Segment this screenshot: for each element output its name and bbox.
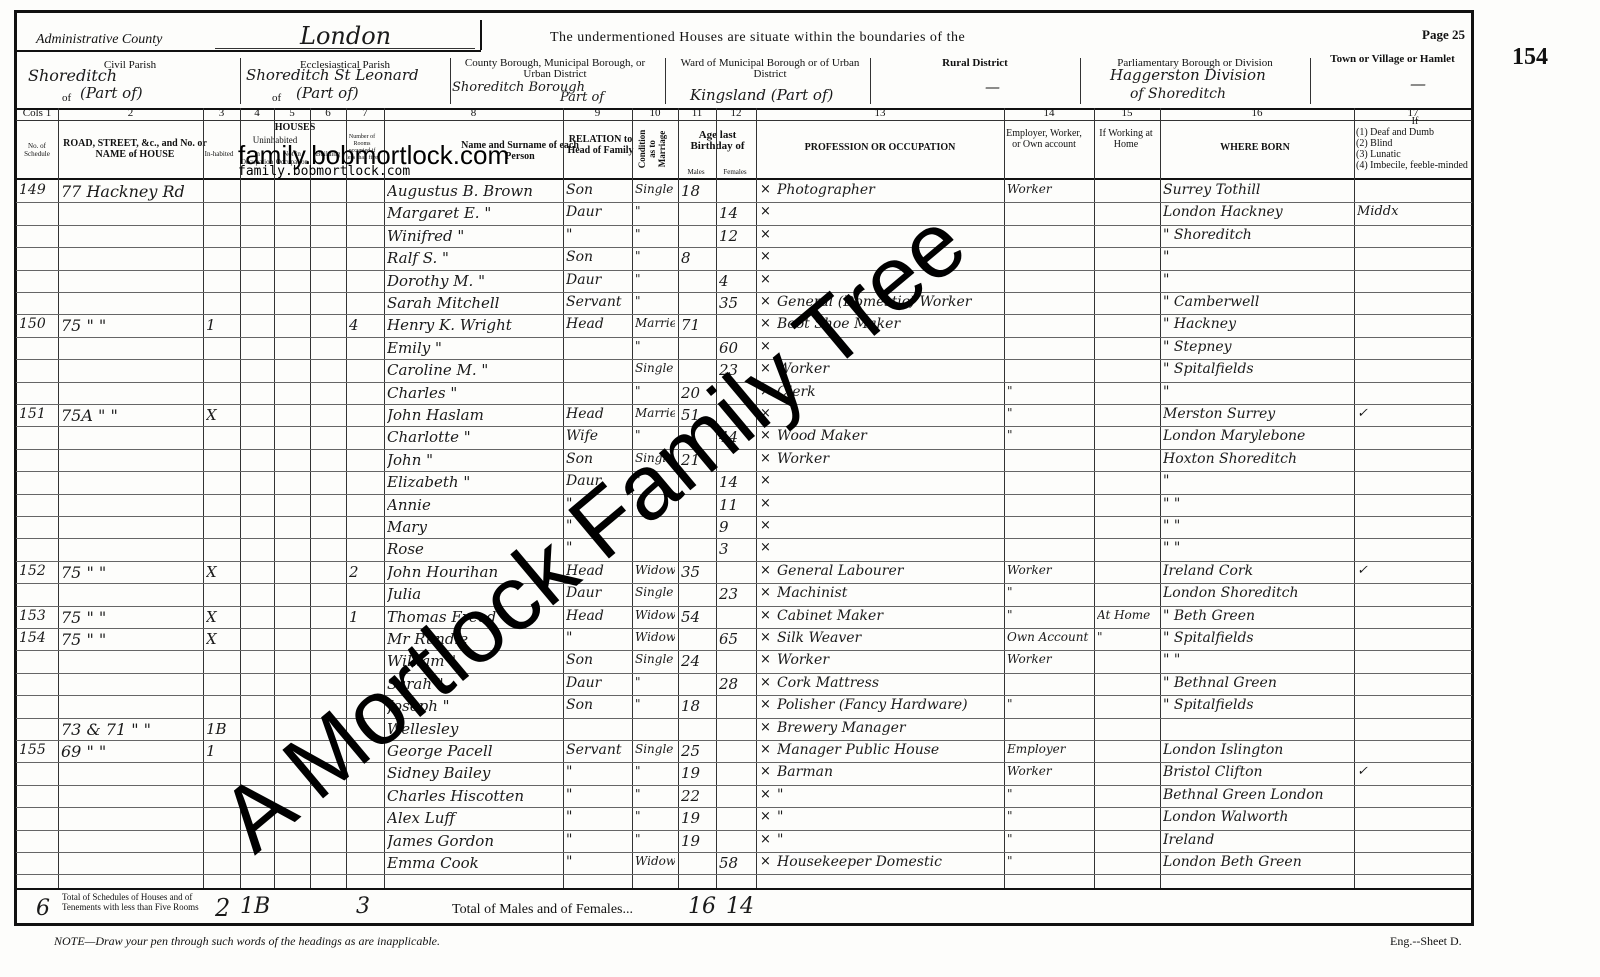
cell-born: Ireland <box>1163 832 1351 848</box>
cell-relation: Daur <box>566 204 629 220</box>
cell-female: 3 <box>719 540 753 558</box>
cell-born: " Spitalfields <box>1163 697 1351 713</box>
tick-mark-icon: × <box>760 227 771 242</box>
cell-schedule: 150 <box>19 316 55 332</box>
cell-condition: Single <box>635 182 675 196</box>
cell-address: 69 " " <box>61 742 200 761</box>
row-divider <box>16 628 1472 629</box>
cell-born: " " <box>1163 540 1351 556</box>
cell-relation: " <box>566 832 629 848</box>
cell-female: 4 <box>719 272 753 290</box>
cell-rooms: 4 <box>349 316 381 334</box>
cell-condition: Widow <box>635 630 675 644</box>
cell-name: John Haslam <box>387 406 560 424</box>
cell-born: Bristol Clifton <box>1163 764 1351 780</box>
cell-born: Bethnal Green London <box>1163 787 1351 803</box>
of-label: of <box>272 92 281 104</box>
col-relation-label: RELATION to Head of Family <box>563 134 638 156</box>
cell-relation: Head <box>566 316 629 332</box>
tick-mark-icon: × <box>760 294 771 309</box>
cell-occupation: Polisher (Fancy Hardware) <box>777 697 1001 713</box>
cell-born: " <box>1163 249 1351 265</box>
cell-condition: " <box>635 764 675 778</box>
column-number: Cols 1 <box>16 107 58 119</box>
cell-condition: " <box>635 249 675 263</box>
cell-relation: " <box>566 787 629 803</box>
cell-name: Henry K. Wright <box>387 316 560 334</box>
col-age-label: Age last Birthday of <box>680 130 755 152</box>
cell-name: Caroline M. " <box>387 361 560 379</box>
col-condition-label: Condition as to Marriage <box>637 129 667 169</box>
cell-condition: " <box>635 272 675 286</box>
cell-occupation: Wood Maker <box>777 428 1001 444</box>
cell-schedule: 151 <box>19 406 55 422</box>
cell-condition: " <box>635 339 675 353</box>
cell-male: 24 <box>681 652 713 670</box>
tick-mark-icon: × <box>760 720 771 735</box>
cell-occupation: " <box>777 809 1001 825</box>
cell-occupation: Photographer <box>777 182 1001 198</box>
cell-born: " Camberwell <box>1163 294 1351 310</box>
cell-occupation: General Labourer <box>777 563 1001 579</box>
tick-mark-icon: × <box>760 496 771 511</box>
cell-name: Sarah Mitchell <box>387 294 560 312</box>
cell-infirm: ✓ <box>1357 563 1469 578</box>
cell-name: Elizabeth " <box>387 473 560 491</box>
cell-male: 18 <box>681 697 713 715</box>
cell-occupation: Worker <box>777 451 1001 467</box>
column-number: 14 <box>1004 107 1094 119</box>
cell-name: Ralf S. " <box>387 249 560 267</box>
schedules-total: 6 <box>36 896 50 921</box>
civil-parish-value: Shoreditch <box>28 66 117 85</box>
tick-mark-icon: × <box>760 697 771 712</box>
town-village-value: — <box>1410 74 1426 93</box>
col-employer-label: Employer, Worker, or Own account <box>1004 128 1084 150</box>
cell-male: 54 <box>681 608 713 626</box>
infirmity-2: (2) Blind <box>1356 138 1474 149</box>
cell-name: Charles " <box>387 384 560 402</box>
cell-schedule: 149 <box>19 182 55 198</box>
column-number: 6 <box>310 107 346 119</box>
cell-address: 77 Hackney Rd <box>61 182 200 201</box>
cell-relation: Daur <box>566 675 629 691</box>
cell-born: Surrey Tothill <box>1163 182 1351 198</box>
cell-employer: " <box>1007 832 1091 846</box>
row-divider <box>16 606 1472 607</box>
cell-condition: Single <box>635 742 675 756</box>
cell-born: Hoxton Shoreditch <box>1163 451 1351 467</box>
cell-infirm: ✓ <box>1357 406 1469 421</box>
cell-born: Merston Surrey <box>1163 406 1351 422</box>
column-number: 3 <box>203 107 240 119</box>
row-divider <box>16 494 1472 495</box>
cell-born: " Spitalfields <box>1163 361 1351 377</box>
tick-mark-icon: × <box>760 585 771 600</box>
col-houses-label: HOUSES <box>240 122 350 133</box>
cell-employer: " <box>1007 384 1091 398</box>
cell-relation: Son <box>566 652 629 668</box>
column-number: 7 <box>346 107 384 119</box>
row-divider <box>16 695 1472 696</box>
cell-name: John " <box>387 451 560 469</box>
cell-occupation: " <box>777 832 1001 848</box>
cell-schedule: 153 <box>19 608 55 624</box>
row-divider <box>16 247 1472 248</box>
tick-mark-icon: × <box>760 540 771 555</box>
cell-female: 14 <box>719 204 753 222</box>
cell-occupation: Manager Public House <box>777 742 1001 758</box>
cell-name: Annie <box>387 496 560 514</box>
cell-employer: " <box>1007 854 1091 868</box>
cell-female: 35 <box>719 294 753 312</box>
cell-born: London Marylebone <box>1163 428 1351 444</box>
tick-mark-icon: × <box>760 809 771 824</box>
cell-relation: " <box>566 764 629 780</box>
cell-male: 18 <box>681 182 713 200</box>
rooms-total: 3 <box>356 894 370 919</box>
col-at-home-label: If Working at Home <box>1096 128 1156 150</box>
cell-name: Emily " <box>387 339 560 357</box>
cell-female: 9 <box>719 518 753 536</box>
cell-occupation: Cork Mattress <box>777 675 1001 691</box>
cell-born: London Shoreditch <box>1163 585 1351 601</box>
cell-female: 28 <box>719 675 753 693</box>
cell-inhab: X <box>206 608 237 626</box>
cell-relation: " <box>566 809 629 825</box>
row-divider <box>16 852 1472 853</box>
cell-condition: " <box>635 697 675 711</box>
cell-female: 11 <box>719 496 753 514</box>
cell-born: " <box>1163 272 1351 288</box>
cell-female: 58 <box>719 854 753 872</box>
cell-relation: Head <box>566 406 629 422</box>
infirmity-3: (3) Lunatic <box>1356 149 1474 160</box>
cell-rooms: 2 <box>349 563 381 581</box>
cell-relation: " <box>566 630 629 646</box>
cell-employer: Worker <box>1007 764 1091 778</box>
cell-occupation: Housekeeper Domestic <box>777 854 1001 870</box>
cell-male: 25 <box>681 742 713 760</box>
tick-mark-icon: × <box>760 630 771 645</box>
column-number: 15 <box>1094 107 1160 119</box>
females-total: 14 <box>726 894 754 919</box>
houses-inhabited-total: 2 <box>215 894 230 922</box>
row-divider <box>16 314 1472 315</box>
column-number: 12 <box>716 107 756 119</box>
col-road-label: ROAD, STREET, &c., and No. or NAME of HO… <box>60 138 210 160</box>
rural-district-value: — <box>985 78 1000 96</box>
cell-employer: " <box>1007 608 1091 622</box>
cell-home: At Home <box>1097 608 1157 622</box>
cell-employer: " <box>1007 585 1091 599</box>
rural-district-label: Rural District <box>880 58 1070 69</box>
col-schedule-label: No. of Schedule <box>18 142 56 158</box>
cell-schedule: 155 <box>19 742 55 758</box>
cell-inhab: 1 <box>206 316 237 334</box>
tick-mark-icon: × <box>760 608 771 623</box>
cell-inhab: X <box>206 563 237 581</box>
cell-occupation: Worker <box>777 652 1001 668</box>
col-females-label: Females <box>716 168 754 176</box>
cell-name: Alex Luff <box>387 809 560 827</box>
cell-condition: " <box>635 227 675 241</box>
tick-mark-icon: × <box>760 854 771 869</box>
town-village-label: Town or Village or Hamlet <box>1310 54 1475 65</box>
row-divider <box>16 673 1472 674</box>
cell-occupation: " <box>777 787 1001 803</box>
cell-occupation: Brewery Manager <box>777 720 1001 736</box>
tick-mark-icon: × <box>760 272 771 287</box>
cell-name: Charles Hiscotten <box>387 787 560 805</box>
cell-female: 23 <box>719 585 753 603</box>
cell-relation: " <box>566 227 629 243</box>
cell-condition: " <box>635 787 675 801</box>
cell-name: Emma Cook <box>387 854 560 872</box>
column-number: 9 <box>563 107 632 119</box>
cell-born: " Beth Green <box>1163 608 1351 624</box>
cell-address: 75 " " <box>61 563 200 582</box>
cell-born: " <box>1163 473 1351 489</box>
column-number: 5 <box>274 107 310 119</box>
tick-mark-icon: × <box>760 473 771 488</box>
cell-address: 75 " " <box>61 316 200 335</box>
cell-born: " Spitalfields <box>1163 630 1351 646</box>
cell-relation: Servant <box>566 742 629 758</box>
cell-employer: Employer <box>1007 742 1091 756</box>
divider <box>870 58 871 104</box>
col-infirmity-label: If (1) Deaf and Dumb (2) Blind (3) Lunat… <box>1356 116 1474 171</box>
cell-born: " Bethnal Green <box>1163 675 1351 691</box>
cell-born: " Stepney <box>1163 339 1351 355</box>
divider <box>16 120 1472 121</box>
cell-name: Augustus B. Brown <box>387 182 560 200</box>
cell-name: Margaret E. " <box>387 204 560 222</box>
tick-mark-icon: × <box>760 563 771 578</box>
cell-name: Charlotte " <box>387 428 560 446</box>
cell-condition: Single <box>635 585 675 599</box>
cell-born: " <box>1163 384 1351 400</box>
cell-employer: " <box>1007 406 1091 420</box>
cell-relation: Son <box>566 697 629 713</box>
tick-mark-icon: × <box>760 652 771 667</box>
col-males-label: Males <box>678 168 714 176</box>
divider <box>1080 58 1081 104</box>
cell-name: Dorothy M. " <box>387 272 560 290</box>
cell-relation: " <box>566 854 629 870</box>
cell-name: Sidney Bailey <box>387 764 560 782</box>
cell-inhab: X <box>206 630 237 648</box>
infirmity-if: If <box>1356 116 1474 127</box>
cell-condition: Single <box>635 652 675 666</box>
cell-male: 19 <box>681 764 713 782</box>
cell-condition: Widow <box>635 854 675 868</box>
cell-condition: " <box>635 832 675 846</box>
cell-occupation: Cabinet Maker <box>777 608 1001 624</box>
cell-employer: " <box>1007 697 1091 711</box>
row-divider <box>16 202 1472 203</box>
cell-female: 12 <box>719 227 753 245</box>
cell-relation: Daur <box>566 272 629 288</box>
cell-born: " " <box>1163 652 1351 668</box>
row-divider <box>16 874 1472 875</box>
cell-condition: " <box>635 675 675 689</box>
cell-name: Winifred " <box>387 227 560 245</box>
tick-mark-icon: × <box>760 249 771 264</box>
cell-inhab: 1B <box>206 720 237 738</box>
infirmity-1: (1) Deaf and Dumb <box>1356 127 1474 138</box>
cell-condition: Married <box>635 316 675 330</box>
row-divider <box>16 718 1472 719</box>
cell-inhab: 1 <box>206 742 237 760</box>
stamp-number: 154 <box>1512 44 1548 71</box>
cell-employer: Worker <box>1007 182 1091 196</box>
ecclesiastical-parish-of: (Part of) <box>296 84 359 102</box>
col-where-born-label: WHERE BORN <box>1160 142 1350 153</box>
divider <box>665 58 666 104</box>
tick-mark-icon: × <box>760 675 771 690</box>
parliamentary-borough-of: of Shoreditch <box>1130 86 1226 102</box>
watermark-url-small: family.bobmortlock.com <box>238 164 410 179</box>
col-inhabited-label: In-habited <box>203 150 235 158</box>
civil-parish-of: (Part of) <box>80 84 143 102</box>
cell-male: 71 <box>681 316 713 334</box>
cell-born: London Beth Green <box>1163 854 1351 870</box>
ward-label: Ward of Municipal Borough or of Urban Di… <box>670 58 870 80</box>
cell-relation: Servant <box>566 294 629 310</box>
tick-mark-icon: × <box>760 182 771 197</box>
schedules-total-label: Total of Schedules of Houses and of Tene… <box>62 892 202 912</box>
cell-inhab: X <box>206 406 237 424</box>
cell-infirm: ✓ <box>1357 764 1469 779</box>
cell-home: " <box>1097 630 1157 644</box>
cell-employer: Worker <box>1007 652 1091 666</box>
cell-occupation: Machinist <box>777 585 1001 601</box>
cell-male: 19 <box>681 832 713 850</box>
ward-value: Kingsland (Part of) <box>690 86 833 104</box>
cell-male: 8 <box>681 249 713 267</box>
census-page: Administrative County London The underme… <box>0 0 1600 977</box>
cell-employer: Worker <box>1007 563 1091 577</box>
of-label: of <box>62 92 71 104</box>
tick-mark-icon: × <box>760 204 771 219</box>
cell-condition: Single <box>635 361 675 375</box>
column-number: 8 <box>384 107 563 119</box>
males-total: 16 <box>688 894 716 919</box>
males-females-label: Total of Males and of Females... <box>452 902 633 918</box>
cell-born: London Hackney <box>1163 204 1351 220</box>
row-divider <box>16 225 1472 226</box>
column-number: 11 <box>678 107 716 119</box>
cell-born: " Hackney <box>1163 316 1351 332</box>
cell-employer: Own Account <box>1007 630 1091 644</box>
column-number: 10 <box>632 107 678 119</box>
cell-male: 22 <box>681 787 713 805</box>
cell-occupation: Barman <box>777 764 1001 780</box>
row-divider <box>16 583 1472 584</box>
cell-relation: Son <box>566 182 629 198</box>
tick-mark-icon: × <box>760 832 771 847</box>
cell-condition: Widower <box>635 608 675 622</box>
cell-born: " " <box>1163 518 1351 534</box>
cell-male: 35 <box>681 563 713 581</box>
sheet-label: Eng.--Sheet D. <box>1390 934 1462 949</box>
cell-born: " " <box>1163 496 1351 512</box>
row-divider <box>16 516 1472 517</box>
tick-mark-icon: × <box>760 787 771 802</box>
cell-female: 65 <box>719 630 753 648</box>
col-occupation-label: PROFESSION OR OCCUPATION <box>760 142 1000 153</box>
footnote: NOTE—Draw your pen through such words of… <box>54 934 440 949</box>
column-number: 16 <box>1160 107 1354 119</box>
cell-condition: Widower <box>635 563 675 577</box>
divider <box>16 888 1472 890</box>
cell-schedule: 152 <box>19 563 55 579</box>
column-number: 13 <box>756 107 1004 119</box>
cell-condition: " <box>635 204 675 218</box>
cell-born: " Shoreditch <box>1163 227 1351 243</box>
cell-address: 75 " " <box>61 630 200 649</box>
cell-born: London Islington <box>1163 742 1351 758</box>
cell-employer: " <box>1007 428 1091 442</box>
infirmity-4: (4) Imbecile, feeble-minded <box>1356 160 1474 171</box>
county-borough-of: Part of <box>560 90 604 105</box>
divider <box>450 58 451 104</box>
row-divider <box>16 538 1472 539</box>
row-divider <box>16 270 1472 271</box>
row-divider <box>16 740 1472 741</box>
tick-mark-icon: × <box>760 742 771 757</box>
divider <box>16 178 1472 180</box>
cell-name: James Gordon <box>387 832 560 850</box>
ecclesiastical-parish-value: Shoreditch St Leonard <box>246 66 419 84</box>
cell-born: London Walworth <box>1163 809 1351 825</box>
row-divider <box>16 561 1472 562</box>
county-borough-label: County Borough, Municipal Borough, or Ur… <box>455 58 655 80</box>
cell-address: 75A " " <box>61 406 200 425</box>
column-number: 2 <box>58 107 203 119</box>
parliamentary-borough-value: Haggerston Division <box>1110 66 1266 84</box>
tick-mark-icon: × <box>760 764 771 779</box>
cell-address: 73 & 71 " " <box>61 720 200 739</box>
cell-male: 19 <box>681 809 713 827</box>
cell-condition: " <box>635 809 675 823</box>
cell-rooms: 1 <box>349 608 381 626</box>
row-divider <box>16 292 1472 293</box>
cell-occupation: Silk Weaver <box>777 630 1001 646</box>
cell-infirm: Middx <box>1357 204 1469 219</box>
cell-schedule: 154 <box>19 630 55 646</box>
cell-address: 75 " " <box>61 608 200 627</box>
tick-mark-icon: × <box>760 518 771 533</box>
cell-employer: " <box>1007 787 1091 801</box>
cell-condition: " <box>635 294 675 308</box>
cell-condition: " <box>635 384 675 398</box>
houses-uninhabited-total: 1B <box>240 894 270 919</box>
cell-relation: Son <box>566 249 629 265</box>
row-divider <box>16 650 1472 651</box>
cell-born: Ireland Cork <box>1163 563 1351 579</box>
cell-employer: " <box>1007 809 1091 823</box>
column-number: 4 <box>240 107 274 119</box>
